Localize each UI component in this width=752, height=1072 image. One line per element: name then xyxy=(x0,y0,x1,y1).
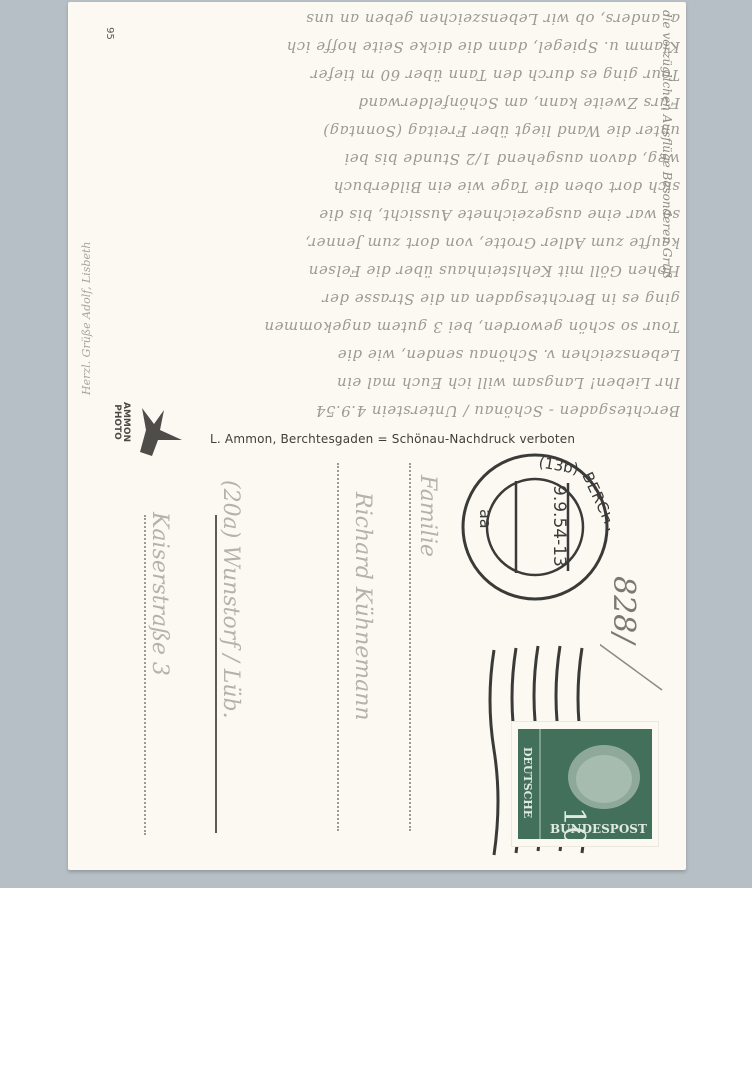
svg-text:828/: 828/ xyxy=(606,576,641,646)
message-line: so war eine ausgezeichnete Aussicht, bis… xyxy=(80,201,680,229)
message-line: Tour ging es durch den Tann über 60 m ti… xyxy=(80,61,680,89)
logo-line-2: PHOTO xyxy=(112,402,121,442)
svg-text:9.9.54-13: 9.9.54-13 xyxy=(549,485,569,567)
postmark-circle-icon: 9.9.54-13 aa (13b) BERCHTESGADEN xyxy=(460,445,610,605)
message-line: Klamm u. Spiegel, dann die dicke Seite h… xyxy=(80,33,680,61)
message-line: a. anders, ob wir Lebenszeichen geben an… xyxy=(80,5,680,33)
address-name: Richard Kühnemann xyxy=(350,492,375,721)
logo-text: AMMON PHOTO xyxy=(112,402,130,442)
logo-line-1: AMMON xyxy=(121,402,130,442)
postmark: 9.9.54-13 aa (13b) BERCHTESGADEN xyxy=(460,445,610,605)
address-line-4 xyxy=(144,515,146,835)
pencil-note: 828/ xyxy=(600,570,680,695)
message-line: Hohen Göll mit Kehlsteinhaus über die Fe… xyxy=(80,257,680,285)
message-line: sich dort oben die Tage wie ein Bilderbu… xyxy=(80,173,680,201)
svg-text:DEUTSCHE: DEUTSCHE xyxy=(521,747,534,818)
postage-stamp: DEUTSCHE 10 BUNDESPOST xyxy=(512,722,658,846)
message-line: weg, davon ausgehend 1/2 Stunde bis bei xyxy=(80,145,680,173)
address-line-3 xyxy=(215,515,217,833)
message-line: Fürs Zweite kann, am Schönfelderwand xyxy=(80,89,680,117)
message-line: unter die Wand liegt über Freitag (Sonnt… xyxy=(80,117,680,145)
svg-text:(13b): (13b) xyxy=(537,453,580,478)
message-line: kaufte zum Adler Grotte, von dort zum Je… xyxy=(80,229,680,257)
svg-text:aa: aa xyxy=(476,509,495,529)
message-line: Tour so schön geworden, bei 3 gutem ange… xyxy=(80,313,680,341)
message-line: ging es in Berchtesgaden an die Strasse … xyxy=(80,285,680,313)
side-note: die vorzüglichen Ausflüge Besonderen Gru… xyxy=(656,10,676,440)
handwritten-message: Berchtesgaden - Schönau / Unterstein 4.9… xyxy=(80,5,680,425)
svg-text:BUNDESPOST: BUNDESPOST xyxy=(550,822,647,836)
address-line-2 xyxy=(337,463,339,831)
address-city: (20a) Wunstorf / Lüb. xyxy=(218,480,243,719)
address-recipient-line: Familie xyxy=(415,475,440,557)
address-street: Kaiserstraße 3 xyxy=(147,512,172,676)
publisher-imprint: L. Ammon, Berchtesgaden = Schönau-Nachdr… xyxy=(210,432,575,446)
side-note-text: die vorzüglichen Ausflüge Besonderen Gru… xyxy=(660,10,674,279)
signature-text: Herzl. Grüße Adolf, Lisbeth xyxy=(80,242,93,395)
message-line: Lebenszeichen v. Schönau senden, wie die xyxy=(80,341,680,369)
message-line: Ihr Lieben! Langsam will ich Euch mal ei… xyxy=(80,369,680,397)
address-line-1 xyxy=(409,463,411,831)
